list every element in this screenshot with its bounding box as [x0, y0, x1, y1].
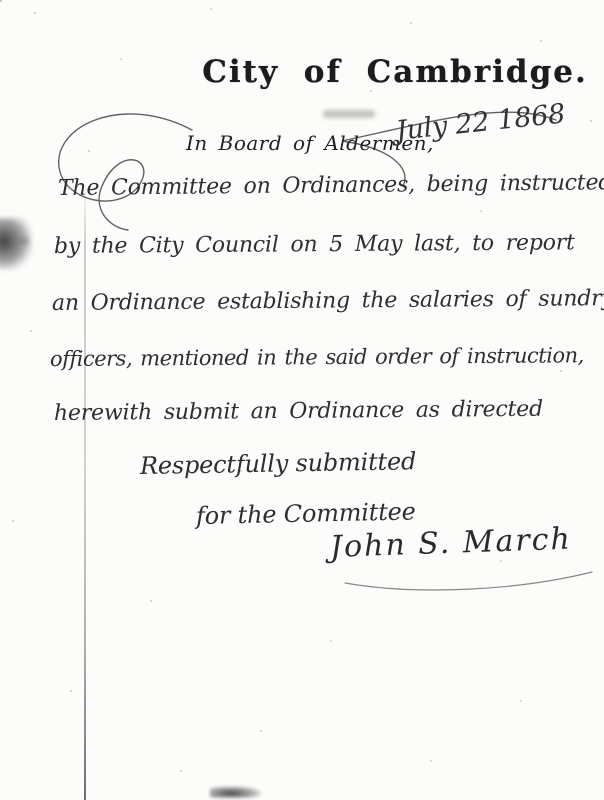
letterhead-title: City of Cambridge. [185, 54, 604, 90]
scan-smudge-bottom [210, 786, 262, 798]
handwritten-date: July 22 1868 [394, 98, 566, 147]
body-line: officers, mentioned in the said order of… [50, 343, 584, 371]
signature-underline-flourish [345, 572, 592, 590]
body-line: The Committee on Ordinances, being instr… [58, 170, 604, 201]
body-line: by the City Council on 5 May last, to re… [54, 230, 575, 259]
the-capital-flourish [59, 114, 192, 230]
body-line: herewith submit an Ordinance as directed [54, 397, 543, 426]
signature-john-s-march: John S. March [329, 522, 572, 565]
closing-respectfully: Respectfully submitted [140, 447, 417, 480]
scan-smudge-top [323, 110, 375, 118]
closing-for-committee: for the Committee [196, 497, 416, 530]
scanned-letter-page: City of Cambridge. In Board of Aldermen,… [0, 0, 604, 800]
ink-blot-left-edge [0, 218, 32, 270]
body-line: an Ordinance establishing the salaries o… [52, 286, 604, 316]
paper-fold-line [84, 186, 86, 800]
